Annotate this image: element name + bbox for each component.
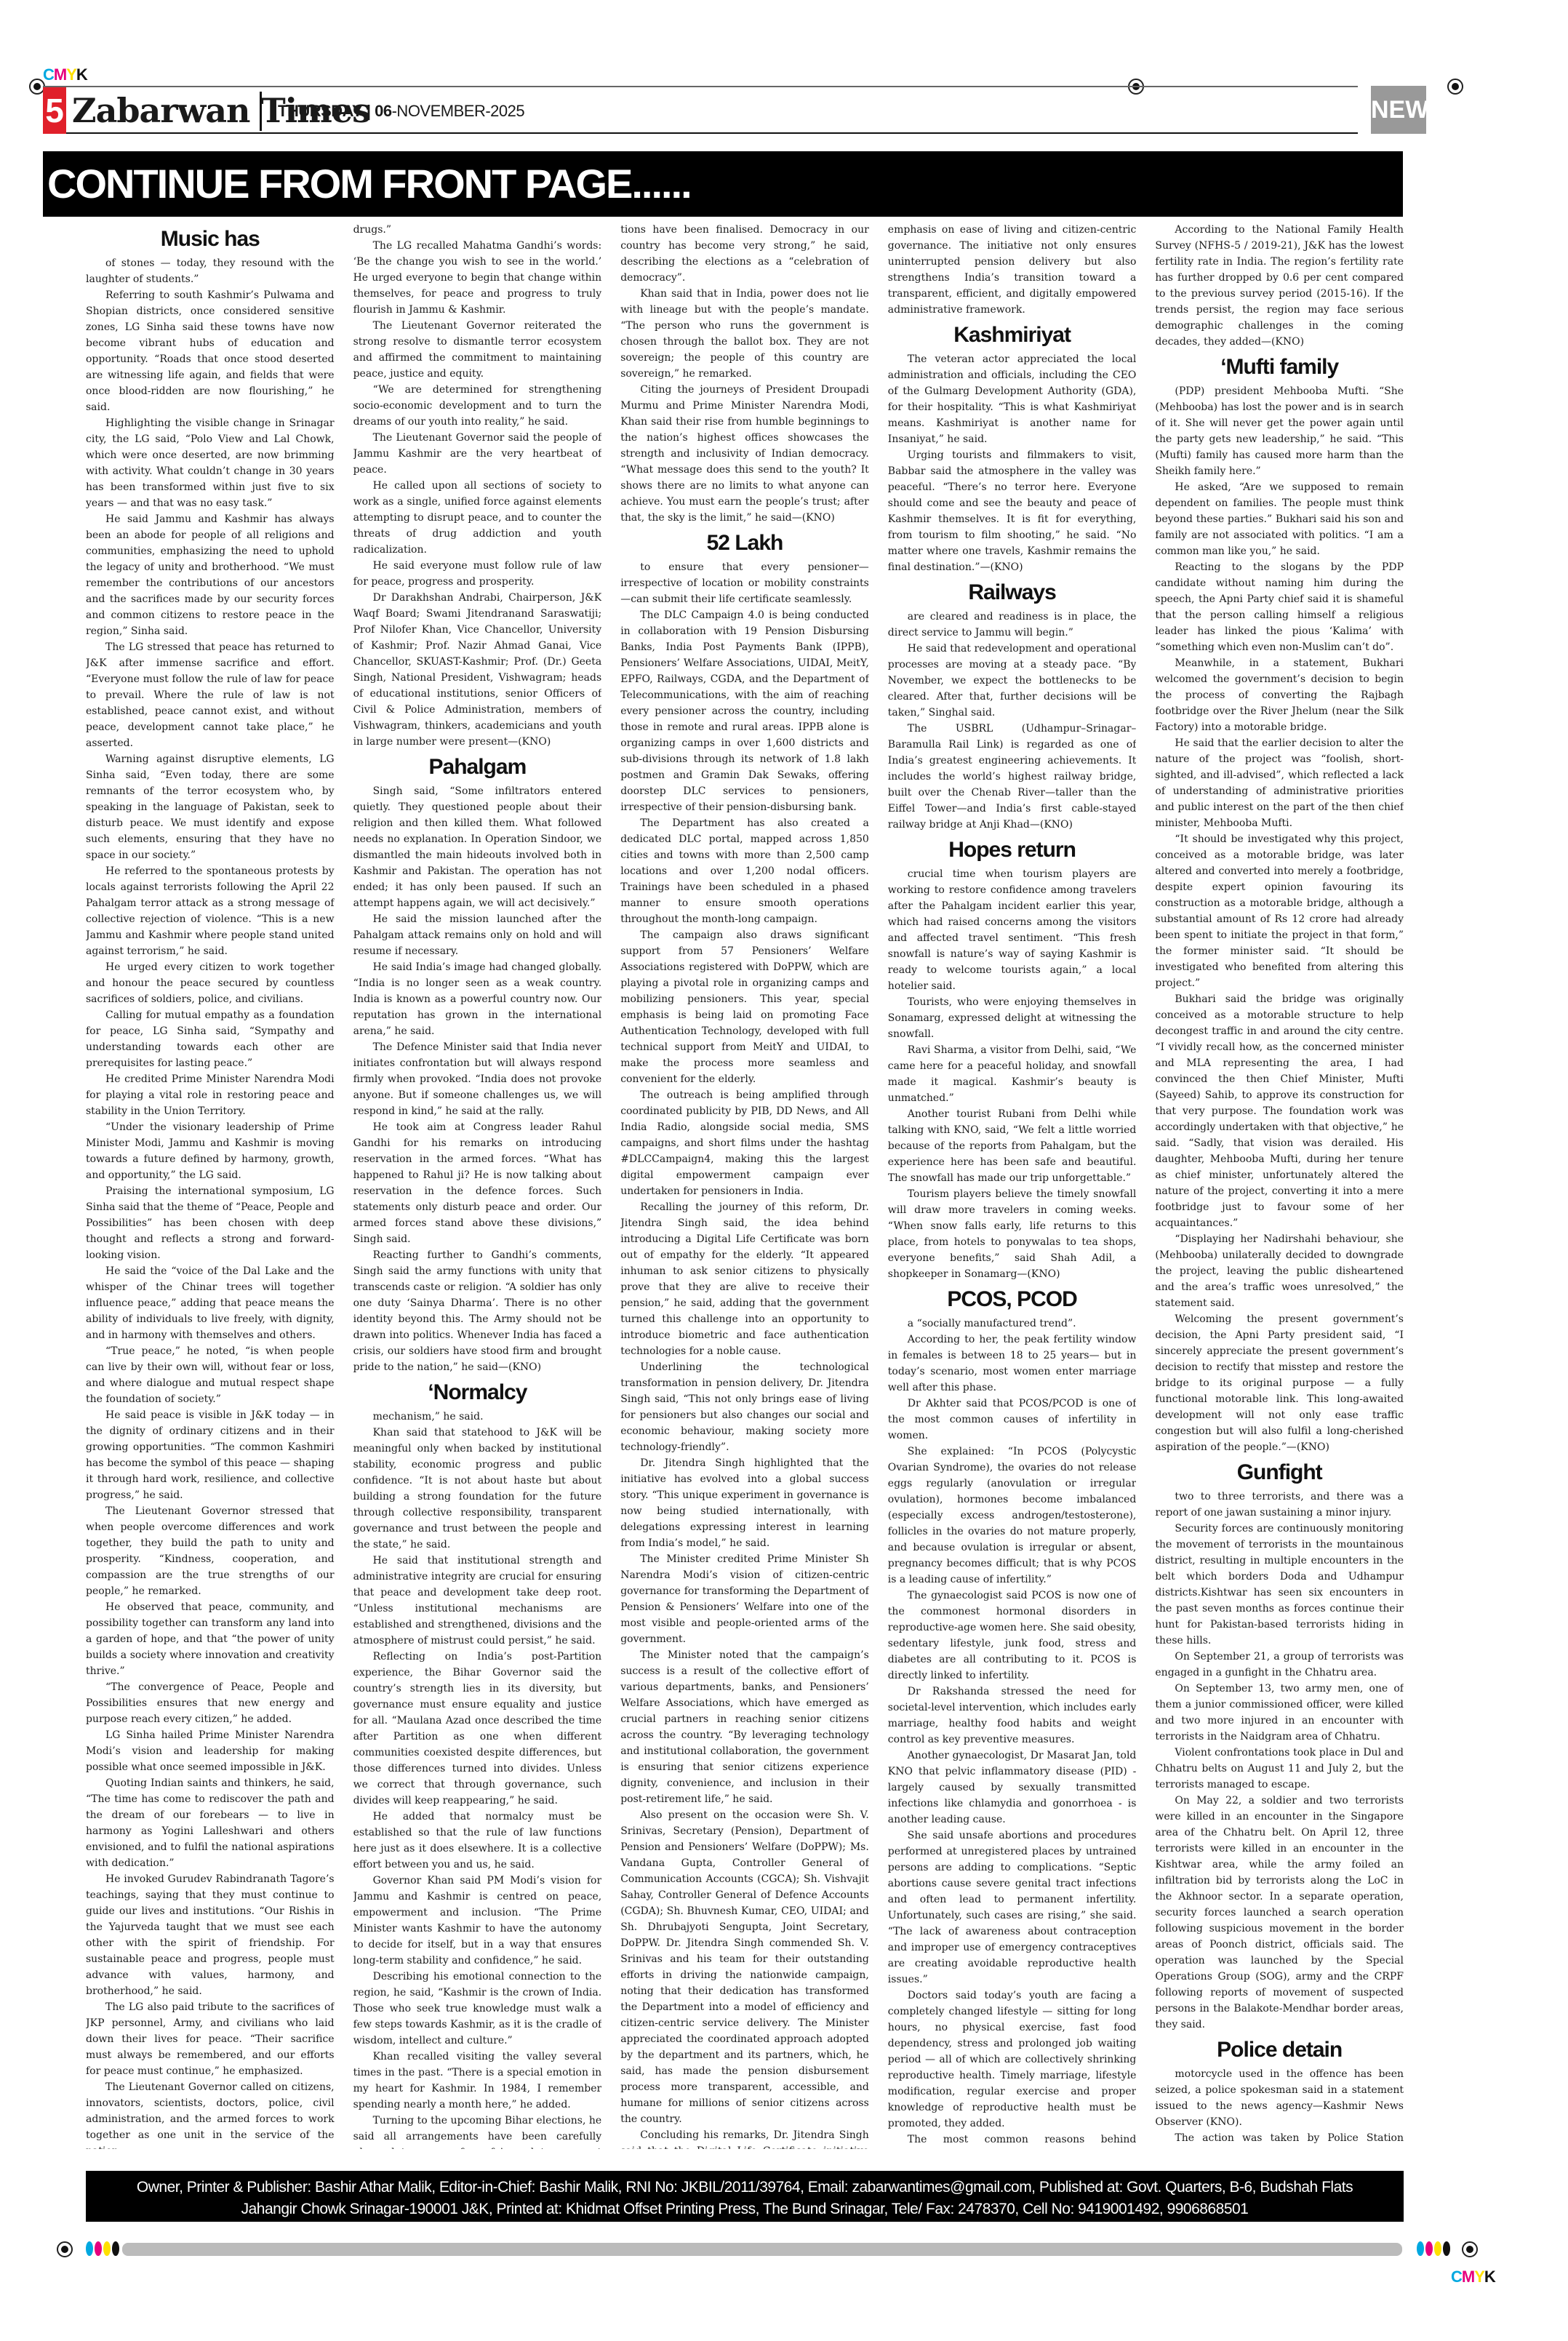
paragraph: She explained: “In PCOS (Polycystic Ovar… [888,1444,1137,1588]
paragraph: The Lieutenant Governor reiterated the s… [353,318,602,382]
cmyk-label-top: CMYK [43,65,87,84]
paragraph: He said Jammu and Kashmir has always bee… [86,511,335,639]
paragraph: Governor Khan said PM Modi’s vision for … [353,1873,602,1969]
black-dot [1443,2241,1450,2256]
paragraph: Ravi Sharma, a visitor from Delhi, said,… [888,1042,1137,1106]
registration-mark-bottom-right [1462,2241,1478,2257]
color-dots-left [86,2241,119,2256]
dateline-month-year: -NOVEMBER-2025 [392,102,525,120]
paragraph: motorcycle used in the offence has been … [1155,2066,1404,2130]
column-5: According to the National Family Health … [1155,222,1404,2149]
paragraph: On September 21, a group of terrorists w… [1155,1649,1404,1681]
paragraph: of stones — today, they resound with the… [86,255,335,287]
paragraph: “Displaying her Nadirshahi behaviour, sh… [1155,1231,1404,1311]
paragraph: a “socially manufactured trend”. [888,1316,1137,1332]
paragraph: Also present on the occasion were Sh. V.… [620,1807,869,2127]
paragraph: On September 13, two army men, one of th… [1155,1681,1404,1745]
paragraph: The Lieutenant Governor called on citize… [86,2079,335,2149]
paragraph: to ensure that every pensioner—irrespect… [620,559,869,607]
paragraph: “Under the visionary leadership of Prime… [86,1119,335,1183]
paragraph: Dr Darakhshan Andrabi, Chairperson, J&K … [353,590,602,750]
paragraph: Warning against disruptive elements, LG … [86,751,335,863]
paragraph: “We are determined for strengthening soc… [353,382,602,430]
subheading: ‘Normalcy [353,1378,602,1407]
paragraph: Welcoming the present government’s decis… [1155,1311,1404,1455]
paragraph: Concluding his remarks, Dr. Jitendra Sin… [620,2127,869,2149]
print-color-bar [86,2241,1430,2256]
paragraph: He said the mission launched after the P… [353,911,602,959]
paragraph: The Department has also created a dedica… [620,815,869,927]
dateline-sep: | [367,102,371,120]
paragraph: Urging tourists and filmmakers to visit,… [888,447,1137,575]
paragraph: Reacting further to Gandhi’s comments, S… [353,1247,602,1375]
cmyk-label-bottom: CMYK [1451,2268,1495,2286]
paragraph: He added that normalcy must be establish… [353,1809,602,1873]
imprint-footer: Owner, Printer & Publisher: Bashir Athar… [86,2171,1404,2222]
grey-bar [122,2243,1402,2256]
magenta-dot [95,2241,102,2256]
masthead-divider [260,92,262,131]
paragraph: Violent confrontations took place in Dul… [1155,1745,1404,1793]
subheading: PCOS, PCOD [888,1285,1137,1314]
paragraph: According to the National Family Health … [1155,222,1404,350]
paragraph: Security forces are continuously monitor… [1155,1521,1404,1649]
paragraph: The Lieutenant Governor said the people … [353,430,602,478]
paragraph: He said everyone must follow rule of law… [353,558,602,590]
paragraph: Reflecting on India’s post-Partition exp… [353,1649,602,1809]
paragraph: The Minister credited Prime Minister Sh … [620,1551,869,1647]
paragraph: The outreach is being amplified through … [620,1087,869,1199]
subheading: Railways [888,578,1137,607]
paragraph: The USBRL (Udhampur–Srinagar–Baramulla R… [888,721,1137,833]
cyan-dot [86,2241,93,2256]
paragraph: The action was taken by Police Station G… [1155,2130,1404,2149]
paragraph: Tourists, who were enjoying themselves i… [888,994,1137,1042]
subheading: Kashmiriyat [888,321,1137,350]
paragraph: He credited Prime Minister Narendra Modi… [86,1071,335,1119]
paragraph: “True peace,” he noted, “is when people … [86,1343,335,1407]
paragraph: Tourism players believe the timely snowf… [888,1186,1137,1282]
column-1: Music hasof stones — today, they resound… [86,222,335,2149]
dateline-day: THURSDAY [278,102,362,120]
paragraph: Meanwhile, in a statement, Bukhari welco… [1155,655,1404,735]
paragraph: tions have been finalised. Democracy in … [620,222,869,286]
paragraph: Recalling the journey of this reform, Dr… [620,1199,869,1359]
dateline-date: 06 [375,102,391,120]
paragraph: The LG stressed that peace has returned … [86,639,335,751]
paragraph: The Minister noted that the campaign’s s… [620,1647,869,1807]
paragraph: The gynaecologist said PCOS is now one o… [888,1588,1137,1684]
subheading: Gunfight [1155,1458,1404,1487]
paragraph: Quoting Indian saints and thinkers, he s… [86,1775,335,1871]
paragraph: He said the “voice of the Dal Lake and t… [86,1263,335,1343]
paragraph: “The convergence of Peace, People and Po… [86,1679,335,1727]
paragraph: “It should be investigated why this proj… [1155,831,1404,991]
paragraph: Dr Rakshanda stressed the need for socie… [888,1684,1137,1748]
dateline: THURSDAY | 06-NOVEMBER-2025 [278,100,524,122]
paragraph: On May 22, a soldier and two terrorists … [1155,1793,1404,2033]
paragraph: The veteran actor appreciated the local … [888,351,1137,447]
paragraph: Reacting to the slogans by the PDP candi… [1155,559,1404,655]
column-4: emphasis on ease of living and citizen-c… [888,222,1137,2149]
yellow-dot [1434,2241,1441,2256]
paragraph: The campaign also draws significant supp… [620,927,869,1087]
paragraph: crucial time when tourism players are wo… [888,866,1137,994]
paragraph: Khan recalled visiting the valley severa… [353,2049,602,2113]
paragraph: The Lieutenant Governor stressed that wh… [86,1503,335,1599]
paragraph: She said unsafe abortions and procedures… [888,1828,1137,1988]
paragraph: drugs.” [353,222,602,238]
paragraph: According to her, the peak fertility win… [888,1332,1137,1396]
column-3: tions have been finalised. Democracy in … [620,222,869,2149]
paragraph: He referred to the spontaneous protests … [86,863,335,959]
paragraph: Describing his emotional connection to t… [353,1969,602,2049]
paragraph: Citing the journeys of President Droupad… [620,382,869,526]
paragraph: Dr. Jitendra Singh highlighted that the … [620,1455,869,1551]
registration-mark-bottom-left [57,2241,73,2257]
imprint-line-1: Owner, Printer & Publisher: Bashir Athar… [86,2177,1404,2198]
paragraph: are cleared and readiness is in place, t… [888,609,1137,641]
subheading: 52 Lakh [620,529,869,558]
paragraph: He said peace is visible in J&K today — … [86,1407,335,1503]
color-dots-right [1417,2241,1450,2256]
paragraph: The LG also paid tribute to the sacrific… [86,1999,335,2079]
paragraph: Turning to the upcoming Bihar elections,… [353,2113,602,2149]
paragraph: He asked, “Are we supposed to remain dep… [1155,479,1404,559]
paragraph: emphasis on ease of living and citizen-c… [888,222,1137,318]
paragraph: Bukhari said the bridge was originally c… [1155,991,1404,1231]
page-number: 5 [43,87,66,134]
column-2: drugs.”The LG recalled Mahatma Gandhi’s … [353,222,602,2149]
subheading: Music has [86,225,335,254]
paragraph: He urged every citizen to work together … [86,959,335,1007]
paragraph: Dr Akhter said that PCOS/PCOD is one of … [888,1396,1137,1444]
paragraph: The Defence Minister said that India nev… [353,1039,602,1119]
paragraph: Praising the international symposium, LG… [86,1183,335,1263]
paragraph: The LG recalled Mahatma Gandhi’s words: … [353,238,602,318]
paragraph: He called upon all sections of society t… [353,478,602,558]
subheading: Hopes return [888,836,1137,865]
masthead: 5 Zabarwan Times THURSDAY | 06-NOVEMBER-… [43,86,1358,134]
paragraph: mechanism,” he said. [353,1409,602,1425]
registration-mark-right [1447,79,1463,95]
paragraph: The most common reasons behind PCOS/PCOD… [888,2132,1137,2149]
magenta-dot [1425,2241,1433,2256]
imprint-line-2: Jahangir Chowk Srinagar-190001 J&K, Prin… [86,2198,1404,2220]
subheading: ‘Mufti family [1155,353,1404,382]
page-banner: CONTINUE FROM FRONT PAGE...... [43,151,1403,217]
paragraph: Highlighting the visible change in Srina… [86,415,335,511]
paragraph: He said India’s image had changed global… [353,959,602,1039]
subheading: Pahalgam [353,753,602,782]
paragraph: He observed that peace, community, and p… [86,1599,335,1679]
section-tag-news: NEWS [1371,86,1426,134]
yellow-dot [103,2241,111,2256]
paragraph: Khan said that statehood to J&K will be … [353,1425,602,1553]
paragraph: He said that institutional strength and … [353,1553,602,1649]
paragraph: Doctors said today’s youth are facing a … [888,1988,1137,2132]
paragraph: He said that redevelopment and operation… [888,641,1137,721]
paragraph: Khan said that in India, power does not … [620,286,869,382]
paragraph: Another gynaecologist, Dr Masarat Jan, t… [888,1748,1137,1828]
paragraph: (PDP) president Mehbooba Mufti. “She (Me… [1155,383,1404,479]
paragraph: He said that the earlier decision to alt… [1155,735,1404,831]
black-dot [112,2241,119,2256]
paragraph: Referring to south Kashmir’s Pulwama and… [86,287,335,415]
paragraph: Singh said, “Some infiltrators entered q… [353,783,602,911]
paragraph: He invoked Gurudev Rabindranath Tagore’s… [86,1871,335,1999]
cyan-dot [1417,2241,1424,2256]
paragraph: LG Sinha hailed Prime Minister Narendra … [86,1727,335,1775]
paragraph: Another tourist Rubani from Delhi while … [888,1106,1137,1186]
paragraph: He took aim at Congress leader Rahul Gan… [353,1119,602,1247]
paragraph: two to three terrorists, and there was a… [1155,1489,1404,1521]
paragraph: Underlining the technological transforma… [620,1359,869,1455]
article-columns: Music hasof stones — today, they resound… [86,222,1404,2149]
paragraph: The DLC Campaign 4.0 is being conducted … [620,607,869,815]
subheading: Police detain [1155,2036,1404,2065]
paragraph: Calling for mutual empathy as a foundati… [86,1007,335,1071]
